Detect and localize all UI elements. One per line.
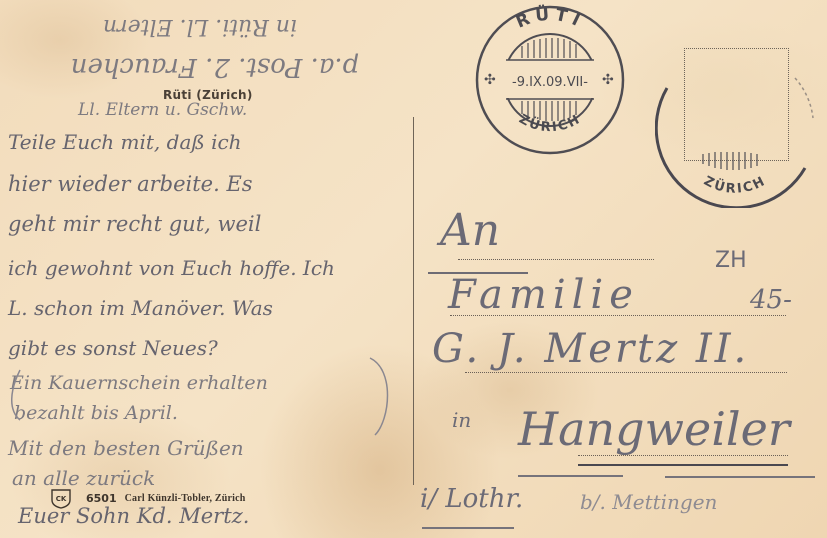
svg-text:CK: CK: [56, 495, 67, 503]
address-salutation: An: [440, 205, 500, 256]
underline-sender-note: [422, 527, 514, 529]
message-line-2: Teile Euch mit, daß ich: [8, 130, 242, 154]
postmark-ruti: -9.IX.09.VII- RÜTI ZÜRICH ✣ ✣: [470, 2, 630, 158]
message-line-1: Ll. Eltern u. Gschw.: [78, 100, 247, 120]
postmark-star-right-icon: ✣: [602, 73, 614, 88]
upside-down-message-line-2: p.a. Post. 2. Frauchen: [30, 52, 400, 82]
postmark-2-bottom-text: ZÜRICH: [701, 174, 769, 197]
postmark-date: -9.IX.09.VII-: [512, 75, 588, 90]
address-sender-note: i/ Lothr.: [420, 484, 523, 514]
address-prefix-in: in: [452, 408, 471, 432]
address-line-3: [465, 372, 787, 373]
message-line-5: ich gewohnt von Euch hoffe. Ich: [8, 256, 335, 280]
underline-town-solid: [578, 464, 788, 466]
message-line-6: L. schon im Manöver. Was: [8, 296, 273, 320]
message-line-3: hier wieder arbeite. Es: [8, 172, 253, 196]
publisher-imprint: CK 6501 Carl Künzli-Tobler, Zürich: [50, 487, 246, 509]
postmark-top-text: RÜTI: [513, 2, 587, 32]
postmark-zurich-partial: ZÜRICH: [655, 58, 820, 208]
address-district: b/. Mettingen: [580, 490, 717, 514]
message-line-4: geht mir recht gut, weil: [8, 212, 261, 236]
svg-text:ZÜRICH: ZÜRICH: [516, 112, 583, 136]
upside-down-message-line-1: in Rüti. Ll. Eltern: [20, 14, 380, 39]
publisher-logo-icon: CK: [50, 487, 72, 509]
pencil-note-45: 45-: [750, 285, 792, 315]
address-town: Hangweiler: [518, 402, 790, 456]
svg-text:RÜTI: RÜTI: [513, 2, 587, 32]
card-number: 6501: [86, 492, 117, 505]
postcard-back: in Rüti. Ll. Eltern p.a. Post. 2. Frauch…: [0, 0, 827, 538]
address-line-1: [458, 259, 654, 260]
underline-town-left: [518, 475, 623, 477]
underline-town-right: [665, 476, 815, 478]
address-recipient-line1: Familie: [448, 272, 639, 318]
svg-text:ZÜRICH: ZÜRICH: [701, 174, 769, 197]
underline-salutation: [428, 272, 528, 274]
postmark-star-left-icon: ✣: [484, 73, 496, 88]
center-divider-line: [413, 117, 414, 485]
pencil-note-zh: ZH: [715, 248, 747, 273]
postmark-bottom-text: ZÜRICH: [516, 112, 583, 136]
publisher-name: Carl Künzli-Tobler, Zürich: [125, 493, 246, 504]
address-recipient-line2: G. J. Mertz II.: [432, 326, 749, 372]
bracket-stroke: [0, 350, 400, 440]
